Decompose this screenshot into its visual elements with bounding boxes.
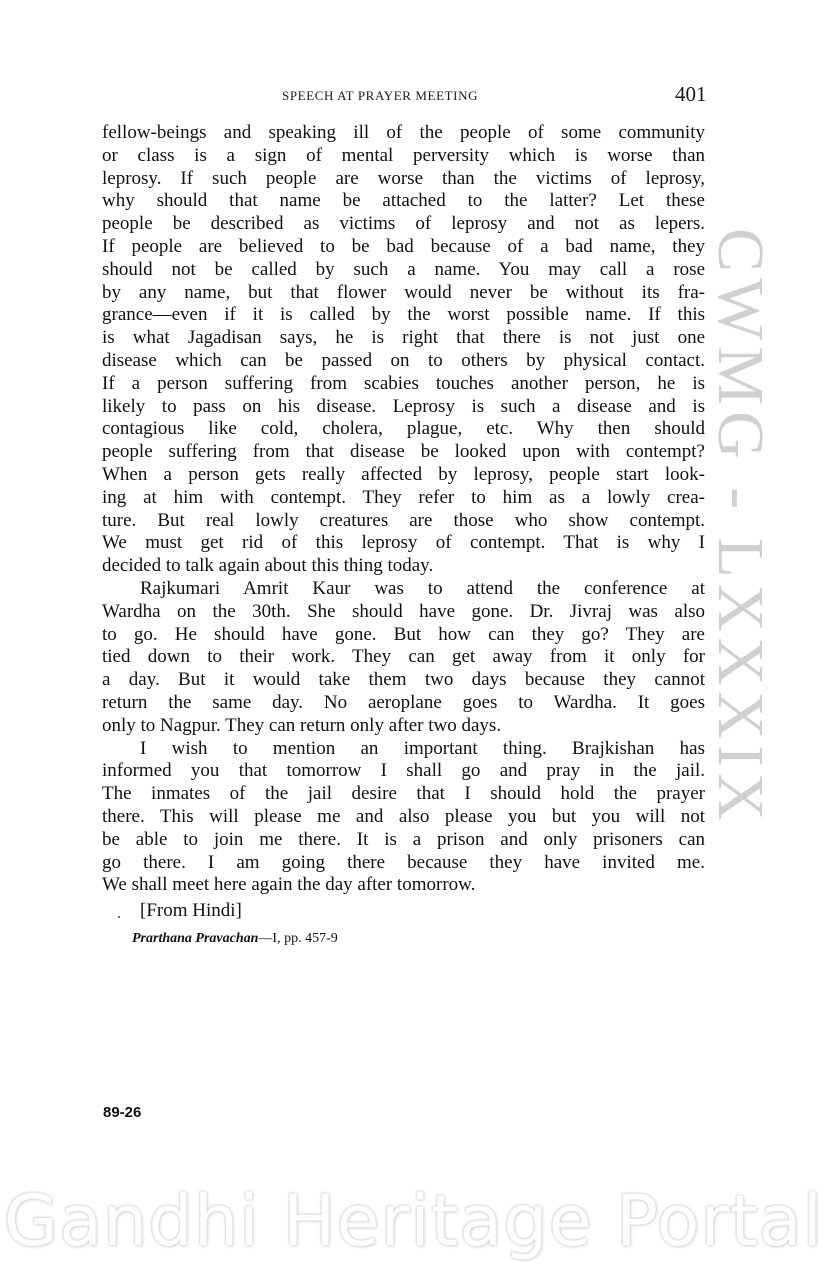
citation-title: Prarthana Pravachan [132,931,258,946]
text-line: ing at him with contempt. They refer to … [102,487,705,510]
paragraph-start-line: I wish to mention an important thing. Br… [102,738,705,761]
text-line: return the same day. No aeroplane goes t… [102,692,705,715]
text-line: people be described as victims of lepros… [102,213,705,236]
text-line: or class is a sign of mental perversity … [102,145,705,168]
text-line: When a person gets really affected by le… [102,464,705,487]
text-line: likely to pass on his disease. Leprosy i… [102,396,705,419]
page-number: 401 [675,82,707,107]
source-citation: Prarthana Pravachan—I, pp. 457-9 [132,931,338,947]
body-text: fellow-beings and speaking ill of the pe… [102,122,705,897]
text-line: a day. But it would take them two days b… [102,669,705,692]
text-line: fellow-beings and speaking ill of the pe… [102,122,705,145]
text-line: go there. I am going there because they … [102,852,705,875]
text-line: ture. But real lowly creatures are those… [102,510,705,533]
text-line: informed you that tomorrow I shall go an… [102,760,705,783]
text-line: leprosy. If such people are worse than t… [102,168,705,191]
document-page: SPEECH AT PRAYER MEETING 401 CWMG - LXXX… [0,0,827,1272]
text-line: by any name, but that flower would never… [102,282,705,305]
text-line: We must get rid of this leprosy of conte… [102,532,705,555]
text-line: We shall meet here again the day after t… [102,874,705,897]
text-line: there. This will please me and also plea… [102,806,705,829]
source-language-note: [From Hindi] [140,900,242,922]
text-line: contagious like cold, cholera, plague, e… [102,418,705,441]
paragraph-start-line: Rajkumari Amrit Kaur was to attend the c… [102,578,705,601]
text-line: If people are believed to be bad because… [102,236,705,259]
text-line: decided to talk again about this thing t… [102,555,705,578]
running-title: SPEECH AT PRAYER MEETING [282,88,478,104]
text-line: to go. He should have gone. But how can … [102,624,705,647]
citation-detail: —I, pp. 457-9 [258,931,337,946]
text-line: If a person suffering from scabies touch… [102,373,705,396]
text-line: be able to join me there. It is a prison… [102,829,705,852]
stray-mark: . [117,905,121,923]
text-line: should not be called by such a name. You… [102,259,705,282]
footer-watermark: Gandhi Heritage Portal [0,1180,827,1262]
text-line: only to Nagpur. They can return only aft… [102,715,705,738]
text-line: is what Jagadisan says, he is right that… [102,327,705,350]
signature-mark: 89-26 [103,1104,141,1121]
text-line: tied down to their work. They can get aw… [102,646,705,669]
vertical-watermark: CWMG - LXXXIX [707,228,773,827]
text-line: grance—even if it is called by the worst… [102,304,705,327]
text-line: why should that name be attached to the … [102,190,705,213]
text-line: disease which can be passed on to others… [102,350,705,373]
text-line: people suffering from that disease be lo… [102,441,705,464]
text-line: Wardha on the 30th. She should have gone… [102,601,705,624]
text-line: The inmates of the jail desire that I sh… [102,783,705,806]
